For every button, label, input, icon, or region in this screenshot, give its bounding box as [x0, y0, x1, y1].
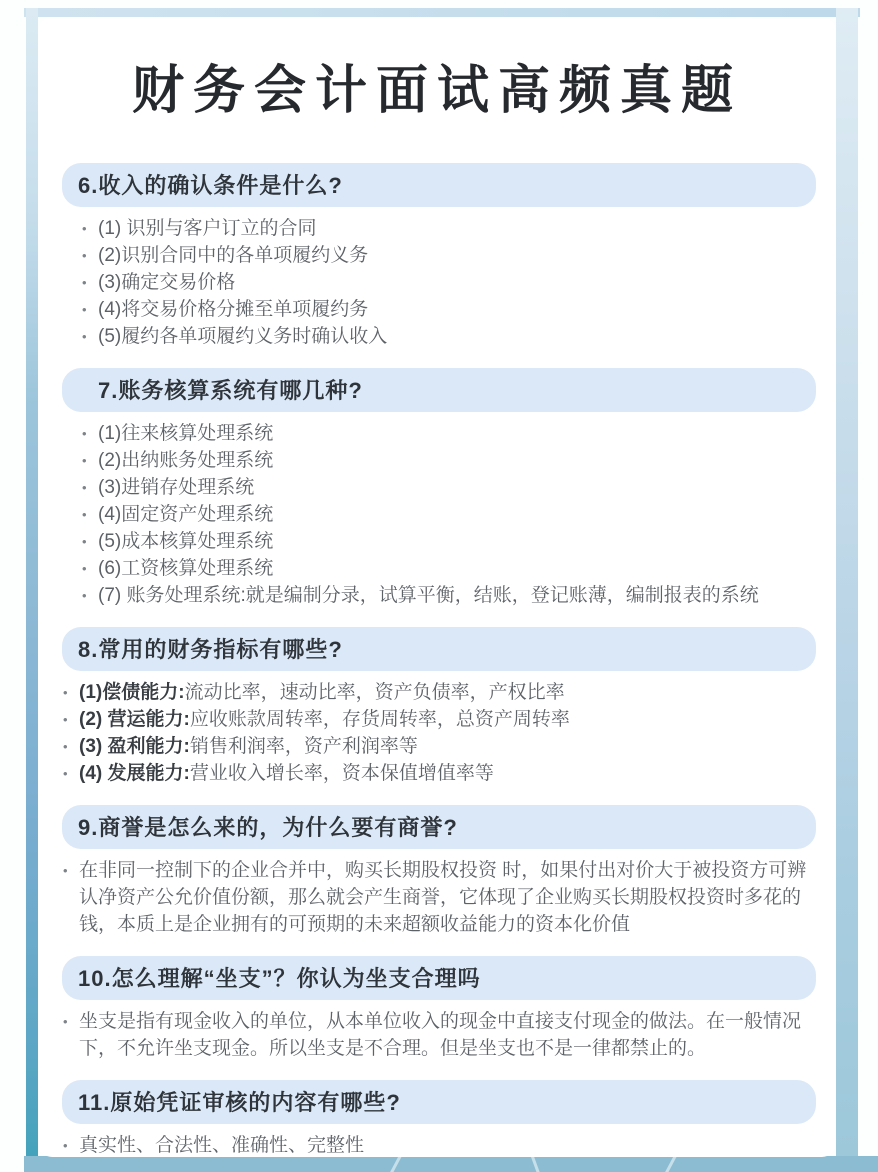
- answer-text: 坐支是指有现金收入的单位，从本单位收入的现金中直接支付现金的做法。在一般情况下，…: [79, 1008, 812, 1062]
- qa-section-6: 6.收入的确认条件是什么? • (1) 识别与客户订立的合同 • (2)识别合同…: [38, 163, 836, 350]
- qa-section-8: 8.常用的财务指标有哪些? • (1)偿债能力:流动比率，速动比率，资产负债率，…: [38, 627, 836, 787]
- bullet-dot-icon: •: [82, 215, 98, 242]
- answer-detail: (2)出纳账务处理系统: [98, 450, 273, 471]
- answer-item: • (1) 识别与客户订立的合同: [82, 215, 812, 242]
- answer-text: (3)确定交易价格: [98, 269, 812, 296]
- question-heading-pill: 6.收入的确认条件是什么?: [62, 163, 816, 207]
- answer-item: • (7) 账务处理系统:就是编制分录，试算平衡，结账，登记账薄，编制报表的系统: [82, 582, 812, 609]
- answer-term: (2) 营运能力:: [79, 709, 190, 730]
- question-heading-text: 11.原始凭证审核的内容有哪些?: [78, 1090, 401, 1115]
- answer-detail: (3)确定交易价格: [98, 272, 235, 293]
- qa-sections: 6.收入的确认条件是什么? • (1) 识别与客户订立的合同 • (2)识别合同…: [38, 163, 836, 1159]
- answer-list: • (1) 识别与客户订立的合同 • (2)识别合同中的各单项履约义务 • (3…: [38, 215, 812, 350]
- question-heading-pill: 8.常用的财务指标有哪些?: [62, 627, 816, 671]
- question-heading-text: 6.收入的确认条件是什么?: [78, 173, 343, 198]
- qa-section-10: 10.怎么理解“坐支”？你认为坐支合理吗 • 坐支是指有现金收入的单位，从本单位…: [38, 956, 836, 1062]
- answer-text: (5)履约各单项履约义务时确认收入: [98, 323, 812, 350]
- background-top-band: [24, 8, 860, 17]
- question-heading-pill: 7.账务核算系统有哪几种?: [62, 368, 816, 412]
- answer-term: (4) 发展能力:: [79, 763, 190, 784]
- answer-detail: 在非同一控制下的企业合并中，购买长期股权投资 时，如果付出对价大于被投资方可辨认…: [79, 860, 806, 935]
- answer-text: (4)将交易价格分摊至单项履约务: [98, 296, 812, 323]
- bullet-dot-icon: •: [63, 1132, 79, 1159]
- answer-detail: (5)履约各单项履约义务时确认收入: [98, 326, 387, 347]
- answer-text: (1) 识别与客户订立的合同: [98, 215, 812, 242]
- bullet-dot-icon: •: [82, 501, 98, 528]
- question-heading-pill: 10.怎么理解“坐支”？你认为坐支合理吗: [62, 956, 816, 1000]
- answer-item: • (4)固定资产处理系统: [82, 501, 812, 528]
- answer-text: (7) 账务处理系统:就是编制分录，试算平衡，结账，登记账薄，编制报表的系统: [98, 582, 812, 609]
- answer-detail: (6)工资核算处理系统: [98, 558, 273, 579]
- qa-section-9: 9.商誉是怎么来的，为什么要有商誉? • 在非同一控制下的企业合并中，购买长期股…: [38, 805, 836, 938]
- answer-item: • (5)成本核算处理系统: [82, 528, 812, 555]
- answer-list: • 真实性、合法性、准确性、完整性: [38, 1132, 812, 1159]
- answer-text: (1)往来核算处理系统: [98, 420, 812, 447]
- bullet-dot-icon: •: [82, 323, 98, 350]
- page-title: 财务会计面试高频真题: [38, 61, 836, 121]
- bullet-dot-icon: •: [63, 679, 79, 706]
- question-heading-text: 7.账务核算系统有哪几种?: [98, 378, 363, 403]
- answer-item: • (4)将交易价格分摊至单项履约务: [82, 296, 812, 323]
- answer-item: • (1)偿债能力:流动比率，速动比率，资产负债率，产权比率: [63, 679, 812, 706]
- answer-item: • (3)进销存处理系统: [82, 474, 812, 501]
- answer-detail: (1)往来核算处理系统: [98, 423, 273, 444]
- answer-detail: (5)成本核算处理系统: [98, 531, 273, 552]
- answer-text: (3)进销存处理系统: [98, 474, 812, 501]
- bullet-dot-icon: •: [82, 582, 98, 609]
- content-card: 财务会计面试高频真题 6.收入的确认条件是什么? • (1) 识别与客户订立的合…: [38, 17, 836, 1157]
- answer-text: (2)识别合同中的各单项履约义务: [98, 242, 812, 269]
- answer-item: • (5)履约各单项履约义务时确认收入: [82, 323, 812, 350]
- bullet-dot-icon: •: [63, 857, 79, 884]
- answer-item: • (2) 营运能力:应收账款周转率，存货周转率，总资产周转率: [63, 706, 812, 733]
- answer-text: (4)固定资产处理系统: [98, 501, 812, 528]
- qa-section-11: 11.原始凭证审核的内容有哪些? • 真实性、合法性、准确性、完整性: [38, 1080, 836, 1159]
- answer-text: (6)工资核算处理系统: [98, 555, 812, 582]
- answer-detail: 流动比率，速动比率，资产负债率，产权比率: [185, 682, 565, 703]
- answer-detail: (3)进销存处理系统: [98, 477, 254, 498]
- answer-detail: (2)识别合同中的各单项履约义务: [98, 245, 368, 266]
- answer-item: • (4) 发展能力:营业收入增长率，资本保值增值率等: [63, 760, 812, 787]
- answer-text: (1)偿债能力:流动比率，速动比率，资产负债率，产权比率: [79, 679, 812, 706]
- background-left-band: [26, 8, 38, 1172]
- bullet-dot-icon: •: [63, 733, 79, 760]
- bullet-dot-icon: •: [82, 528, 98, 555]
- answer-list: • (1)偿债能力:流动比率，速动比率，资产负债率，产权比率 • (2) 营运能…: [38, 679, 812, 787]
- answer-detail: 真实性、合法性、准确性、完整性: [79, 1135, 364, 1156]
- answer-detail: 应收账款周转率，存货周转率，总资产周转率: [190, 709, 570, 730]
- question-heading-pill: 9.商誉是怎么来的，为什么要有商誉?: [62, 805, 816, 849]
- answer-text: (2) 营运能力:应收账款周转率，存货周转率，总资产周转率: [79, 706, 812, 733]
- answer-text: (3) 盈利能力:销售利润率，资产利润率等: [79, 733, 812, 760]
- page: 财务会计面试高频真题 6.收入的确认条件是什么? • (1) 识别与客户订立的合…: [0, 0, 878, 1172]
- question-heading-text: 9.商誉是怎么来的，为什么要有商誉?: [78, 815, 458, 840]
- bullet-dot-icon: •: [82, 242, 98, 269]
- bullet-dot-icon: •: [82, 474, 98, 501]
- answer-item: • 坐支是指有现金收入的单位，从本单位收入的现金中直接支付现金的做法。在一般情况…: [63, 1008, 812, 1062]
- answer-item: • (2)识别合同中的各单项履约义务: [82, 242, 812, 269]
- answer-detail: (7) 账务处理系统:就是编制分录，试算平衡，结账，登记账薄，编制报表的系统: [98, 585, 759, 606]
- answer-list: • 在非同一控制下的企业合并中，购买长期股权投资 时，如果付出对价大于被投资方可…: [38, 857, 812, 938]
- answer-term: (1)偿债能力:: [79, 682, 185, 703]
- answer-list: • 坐支是指有现金收入的单位，从本单位收入的现金中直接支付现金的做法。在一般情况…: [38, 1008, 812, 1062]
- answer-detail: 坐支是指有现金收入的单位，从本单位收入的现金中直接支付现金的做法。在一般情况下，…: [79, 1011, 801, 1059]
- bullet-dot-icon: •: [82, 447, 98, 474]
- question-heading-text: 8.常用的财务指标有哪些?: [78, 637, 343, 662]
- qa-section-7: 7.账务核算系统有哪几种? • (1)往来核算处理系统 • (2)出纳账务处理系…: [38, 368, 836, 609]
- answer-item: • (2)出纳账务处理系统: [82, 447, 812, 474]
- answer-list: • (1)往来核算处理系统 • (2)出纳账务处理系统 • (3)进销存处理系统…: [38, 420, 812, 609]
- answer-term: (3) 盈利能力:: [79, 736, 190, 757]
- answer-text: (2)出纳账务处理系统: [98, 447, 812, 474]
- question-heading-text: 10.怎么理解“坐支”？你认为坐支合理吗: [78, 966, 481, 991]
- answer-text: 在非同一控制下的企业合并中，购买长期股权投资 时，如果付出对价大于被投资方可辨认…: [79, 857, 812, 938]
- bullet-dot-icon: •: [82, 296, 98, 323]
- background-right-band: [836, 8, 858, 1172]
- bullet-dot-icon: •: [63, 760, 79, 787]
- bullet-dot-icon: •: [82, 420, 98, 447]
- answer-text: (5)成本核算处理系统: [98, 528, 812, 555]
- bullet-dot-icon: •: [63, 706, 79, 733]
- answer-item: • 真实性、合法性、准确性、完整性: [63, 1132, 812, 1159]
- answer-item: • (3) 盈利能力:销售利润率，资产利润率等: [63, 733, 812, 760]
- bullet-dot-icon: •: [63, 1008, 79, 1035]
- answer-item: • (1)往来核算处理系统: [82, 420, 812, 447]
- answer-detail: 销售利润率，资产利润率等: [190, 736, 418, 757]
- bullet-dot-icon: •: [82, 269, 98, 296]
- answer-item: • 在非同一控制下的企业合并中，购买长期股权投资 时，如果付出对价大于被投资方可…: [63, 857, 812, 938]
- answer-text: 真实性、合法性、准确性、完整性: [79, 1132, 812, 1159]
- answer-detail: (4)将交易价格分摊至单项履约务: [98, 299, 368, 320]
- answer-text: (4) 发展能力:营业收入增长率，资本保值增值率等: [79, 760, 812, 787]
- answer-detail: 营业收入增长率，资本保值增值率等: [190, 763, 494, 784]
- question-heading-pill: 11.原始凭证审核的内容有哪些?: [62, 1080, 816, 1124]
- answer-item: • (3)确定交易价格: [82, 269, 812, 296]
- answer-detail: (4)固定资产处理系统: [98, 504, 273, 525]
- bullet-dot-icon: •: [82, 555, 98, 582]
- answer-item: • (6)工资核算处理系统: [82, 555, 812, 582]
- answer-detail: (1) 识别与客户订立的合同: [98, 218, 317, 239]
